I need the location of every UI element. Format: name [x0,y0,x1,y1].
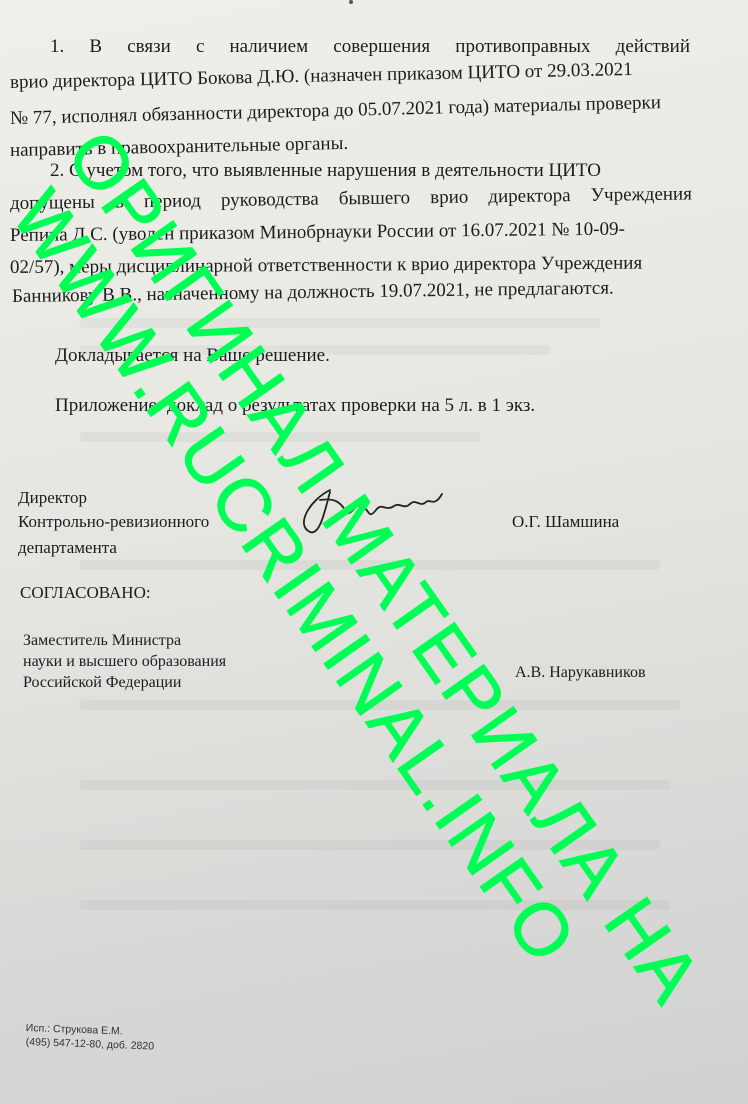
approver-name: А.В. Нарукавников [515,664,646,682]
executor-name: Исп.: Струкова Е.М. [26,1022,123,1037]
word: связи [127,36,171,58]
para1-line1: 1.Всвязисналичиемсовершенияпротивоправны… [50,36,690,58]
approver-title-2: науки и высшего образования [23,653,226,671]
signatory-name: О.Г. Шамшина [512,512,619,532]
document-page: 1.Всвязисналичиемсовершенияпротивоправны… [0,0,748,1104]
word: В [89,36,102,58]
signatory-title-3: департамента [18,538,117,558]
word: врио [430,187,468,210]
approved-label: СОГЛАСОВАНО: [20,583,151,603]
word: бывшего [339,187,411,210]
word: наличием [230,36,309,58]
word: Учреждения [590,183,692,206]
word: совершения [333,36,430,58]
approver-title-1: Заместитель Министра [23,632,181,650]
word: руководства [221,189,319,212]
word: с [196,36,204,58]
signatory-title-2: Контрольно-ревизионного [18,512,209,532]
word: директора [488,185,571,208]
page-mark [349,0,353,4]
para1-line2: врио директора ЦИТО Бокова Д.Ю. (назначе… [10,59,633,94]
approver-title-3: Российской Федерации [23,674,181,692]
executor-phone: (495) 547-12-80, доб. 2820 [26,1036,155,1052]
signatory-title-1: Директор [18,488,87,508]
word: 1. [50,36,64,58]
word: действий [616,36,690,58]
word: противоправных [455,36,590,58]
